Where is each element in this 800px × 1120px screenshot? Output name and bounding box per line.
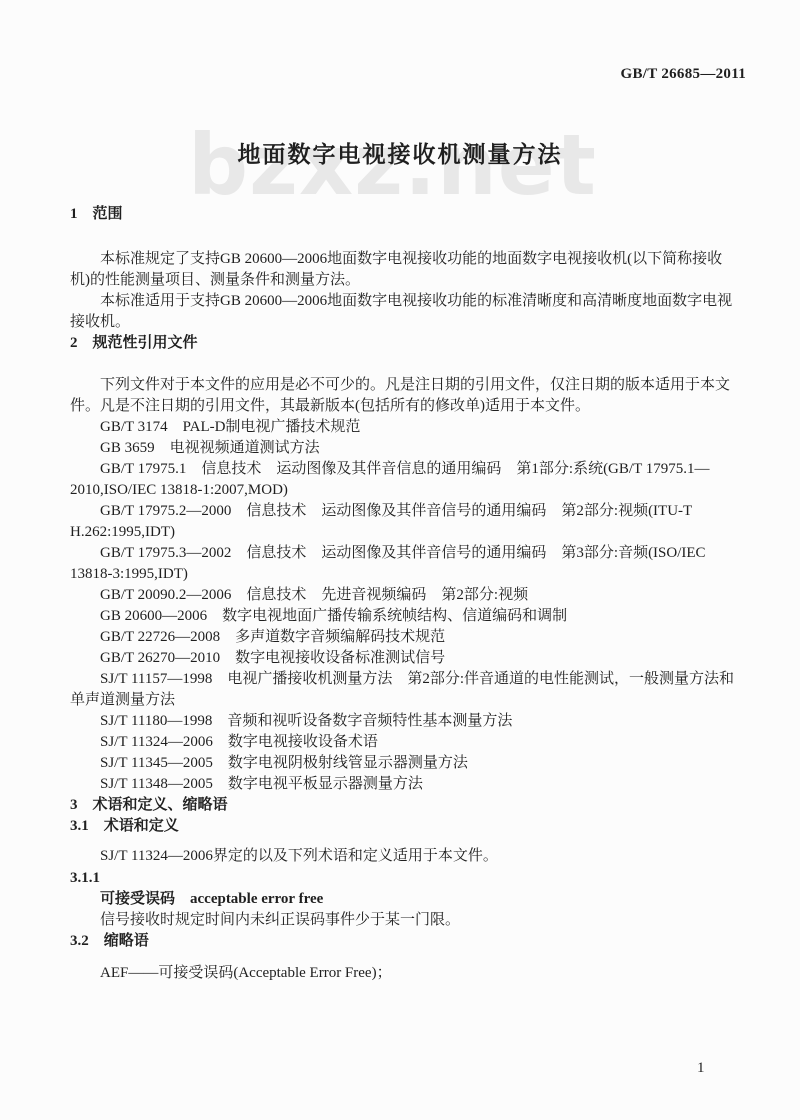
reference-item-6: GB/T 20090.2—2006 信息技术 先进音视频编码 第2部分:视频 <box>70 585 742 606</box>
term-entry: 可接受误码 acceptable error free <box>70 889 742 910</box>
reference-item-13: SJ/T 11345—2005 数字电视阴极射线管显示器测量方法 <box>70 753 742 774</box>
page-title: 地面数字电视接收机测量方法 <box>0 136 800 169</box>
reference-item-2: GB 3659 电视视频通道测试方法 <box>70 438 742 459</box>
section-2-heading: 2 规范性引用文件 <box>70 333 742 354</box>
reference-item-11: SJ/T 11180—1998 音频和视听设备数字音频特性基本测量方法 <box>70 711 742 732</box>
section-3-2-heading: 3.2 缩略语 <box>70 931 742 952</box>
reference-item-9: GB/T 26270—2010 数字电视接收设备标准测试信号 <box>70 648 742 669</box>
reference-item-4: GB/T 17975.2—2000 信息技术 运动图像及其伴音信号的通用编码 第… <box>70 501 742 543</box>
page-number: 1 <box>697 1060 705 1077</box>
doc-number: GB/T 26685—2011 <box>621 66 747 83</box>
section-3-1-heading: 3.1 术语和定义 <box>70 816 742 837</box>
abbreviation-item: AEF——可接受误码(Acceptable Error Free)； <box>70 963 742 984</box>
reference-item-8: GB/T 22726—2008 多声道数字音频编解码技术规范 <box>70 627 742 648</box>
document-page: bzxz.net GB/T 26685—2011 地面数字电视接收机测量方法 1… <box>0 0 800 1120</box>
reference-item-10: SJ/T 11157—1998 电视广播接收机测量方法 第2部分:伴音通道的电性… <box>70 669 742 711</box>
section-3-1-intro: SJ/T 11324—2006界定的以及下列术语和定义适用于本文件。 <box>70 846 742 867</box>
section-3-heading: 3 术语和定义、缩略语 <box>70 795 742 816</box>
reference-item-5: GB/T 17975.3—2002 信息技术 运动图像及其伴音信号的通用编码 第… <box>70 543 742 585</box>
document-content: 1 范围 本标准规定了支持GB 20600—2006地面数字电视接收功能的地面数… <box>70 204 742 984</box>
section-1-paragraph-1: 本标准规定了支持GB 20600—2006地面数字电视接收功能的地面数字电视接收… <box>70 249 742 291</box>
section-1-paragraph-2: 本标准适用于支持GB 20600—2006地面数字电视接收功能的标准清晰度和高清… <box>70 291 742 333</box>
section-1-heading: 1 范围 <box>70 204 742 225</box>
reference-item-1: GB/T 3174 PAL-D制电视广播技术规范 <box>70 417 742 438</box>
section-2-intro: 下列文件对于本文件的应用是必不可少的。凡是注日期的引用文件，仅注日期的版本适用于… <box>70 375 742 417</box>
term-definition: 信号接收时规定时间内未纠正误码事件少于某一门限。 <box>70 910 742 931</box>
reference-item-14: SJ/T 11348—2005 数字电视平板显示器测量方法 <box>70 774 742 795</box>
reference-item-3: GB/T 17975.1 信息技术 运动图像及其伴音信息的通用编码 第1部分:系… <box>70 459 742 501</box>
clause-3-1-1-number: 3.1.1 <box>70 868 742 889</box>
reference-item-7: GB 20600—2006 数字电视地面广播传输系统帧结构、信道编码和调制 <box>70 606 742 627</box>
reference-item-12: SJ/T 11324—2006 数字电视接收设备术语 <box>70 732 742 753</box>
